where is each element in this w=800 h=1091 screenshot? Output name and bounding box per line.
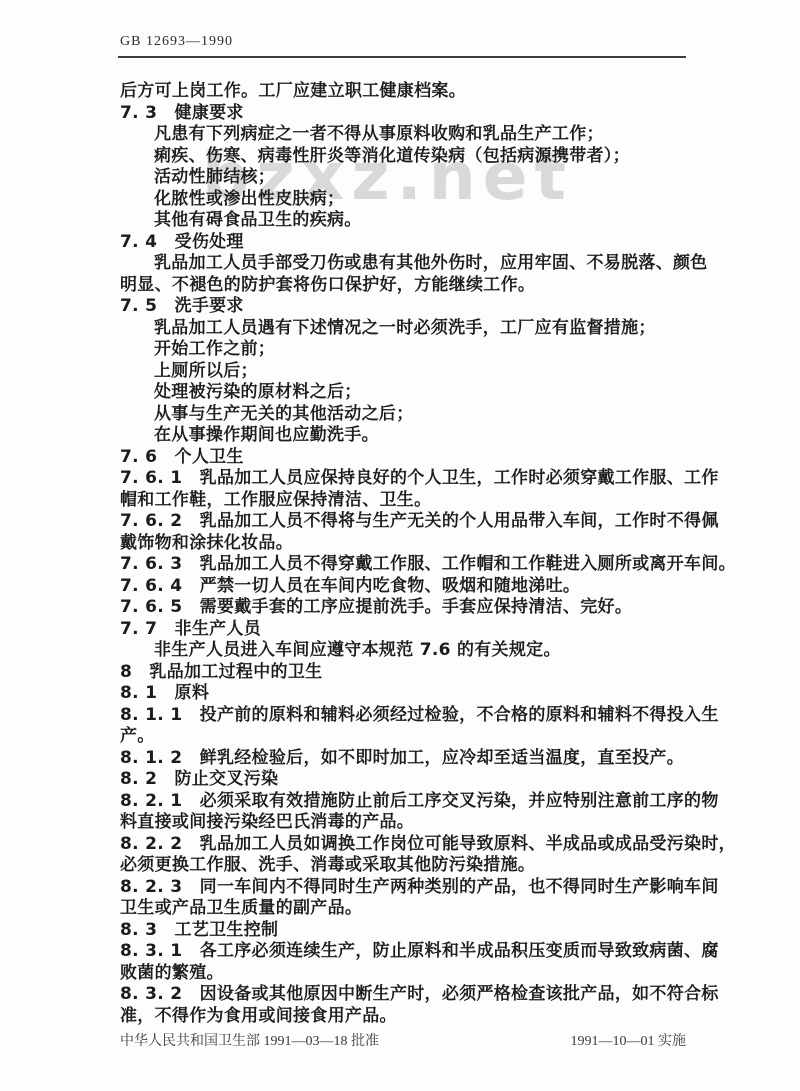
footer-approval-date: 中华人民共和国卫生部 1991—03—18 批准 [120,1030,379,1050]
document-line: 8. 2 防止交叉污染 [120,769,698,791]
document-line: 7. 7 非生产人员 [120,619,698,641]
document-line: 明显、不褪色的防护套将伤口保护好，方能继续工作。 [120,275,698,297]
document-line: 7. 6. 4 严禁一切人员在车间内吃食物、吸烟和随地涕吐。 [120,576,698,598]
document-line: 乳品加工人员手部受刀伤或患有其他外伤时，应用牢固、不易脱落、颜色 [120,253,698,275]
document-line: 准，不得作为食用或间接食用产品。 [120,1006,698,1028]
document-line: 7. 6. 5 需要戴手套的工序应提前洗手。手套应保持清洁、完好。 [120,597,698,619]
document-line: 帽和工作鞋，工作服应保持清洁、卫生。 [120,490,698,512]
document-line: 7. 5 洗手要求 [120,296,698,318]
document-line: 化脓性或渗出性皮肤病； [120,189,698,211]
document-line: 非生产人员进入车间应遵守本规范 7.6 的有关规定。 [120,640,698,662]
document-line: 8 乳品加工过程中的卫生 [120,662,698,684]
document-line: 7. 6 个人卫生 [120,447,698,469]
document-lines: 后方可上岗工作。工厂应建立职工健康档案。7. 3 健康要求凡患有下列病症之一者不… [120,81,698,1027]
header-rule [118,56,686,58]
footer-implementation-date: 1991—10—01 实施 [571,1030,687,1050]
standard-number: GB 12693—1990 [120,34,233,50]
document-line: 上厕所以后； [120,361,698,383]
document-line: 必须更换工作服、洗手、消毒或采取其他防污染措施。 [120,855,698,877]
document-line: 凡患有下列病症之一者不得从事原料收购和乳品生产工作； [120,124,698,146]
document-line: 7. 3 健康要求 [120,103,698,125]
document-line: 8. 2. 3 同一车间内不得同时生产两种类别的产品，也不得同时生产影响车间 [120,877,698,899]
document-line: 7. 6. 2 乳品加工人员不得将与生产无关的个人用品带入车间，工作时不得佩 [120,511,698,533]
document-line: 8. 1. 2 鲜乳经检验后，如不即时加工，应冷却至适当温度，直至投产。 [120,748,698,770]
document-line: 8. 1. 1 投产前的原料和辅料必须经过检验，不合格的原料和辅料不得投入生 [120,705,698,727]
document-line: 8. 1 原料 [120,683,698,705]
document-line: 8. 2. 1 必须采取有效措施防止前后工序交叉污染，并应特别注意前工序的物 [120,791,698,813]
document-line: 8. 3. 1 各工序必须连续生产，防止原料和半成品积压变质而导致致病菌、腐 [120,941,698,963]
document-line: 处理被污染的原材料之后； [120,382,698,404]
document-line: 从事与生产无关的其他活动之后； [120,404,698,426]
document-line: 卫生或产品卫生质量的副产品。 [120,898,698,920]
document-line: 8. 2. 2 乳品加工人员如调换工作岗位可能导致原料、半成品或成品受污染时， [120,834,698,856]
document-line: 其他有碍食品卫生的疾病。 [120,210,698,232]
document-line: 7. 6. 1 乳品加工人员应保持良好的个人卫生，工作时必须穿戴工作服、工作 [120,468,698,490]
document-line: 8. 3 工艺卫生控制 [120,920,698,942]
document-line: 活动性肺结核； [120,167,698,189]
document-line: 开始工作之前； [120,339,698,361]
document-line: 败菌的繁殖。 [120,963,698,985]
document-line: 痢疾、伤寒、病毒性肝炎等消化道传染病（包括病源携带者）； [120,146,698,168]
document-line: 8. 3. 2 因设备或其他原因中断生产时，必须严格检查该批产品，如不符合标 [120,984,698,1006]
document-page: GB 12693—1990 bzxz.net 后方可上岗工作。工厂应建立职工健康… [0,0,800,1091]
document-line: 7. 4 受伤处理 [120,232,698,254]
document-line: 戴饰物和涂抹化妆品。 [120,533,698,555]
document-line: 产。 [120,726,698,748]
document-line: 料直接或间接污染经巴氏消毒的产品。 [120,812,698,834]
document-line: 后方可上岗工作。工厂应建立职工健康档案。 [120,81,698,103]
document-line: 7. 6. 3 乳品加工人员不得穿戴工作服、工作帽和工作鞋进入厕所或离开车间。 [120,554,698,576]
document-line: 乳品加工人员遇有下述情况之一时必须洗手，工厂应有监督措施； [120,318,698,340]
footer: 中华人民共和国卫生部 1991—03—18 批准 1991—10—01 实施 [120,1030,686,1050]
document-line: 在从事操作期间也应勤洗手。 [120,425,698,447]
